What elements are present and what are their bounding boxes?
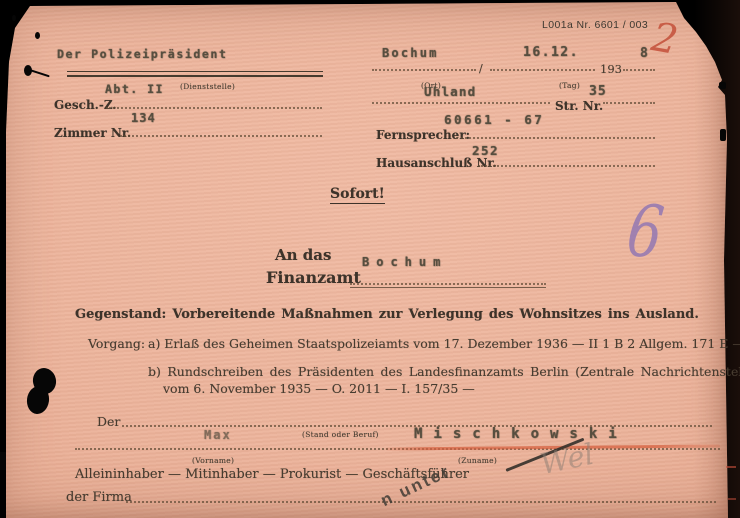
house-label: Hausanschluß Nr.	[376, 156, 497, 170]
recipient-value-typed: Bochum	[362, 255, 447, 269]
occupation-label: (Stand oder Beruf)	[302, 430, 379, 439]
recipient-line-solid	[350, 287, 546, 288]
reference-item-b2: vom 6. November 1935 — O. 2011 — I. 157/…	[163, 381, 475, 396]
file-number-line	[106, 107, 322, 109]
sender-divider-rule	[67, 71, 323, 77]
subject-line: Gegenstand: Vorbereitende Maßnahmen zur …	[75, 307, 699, 322]
reference-label: Vorgang:	[88, 336, 145, 351]
room-number-line	[120, 135, 322, 137]
street-line	[372, 102, 550, 104]
sender-typed: Der Polizeipräsident	[57, 47, 227, 61]
city-line	[372, 69, 476, 71]
paper-speck	[35, 32, 40, 39]
first-name-label: (Vorname)	[192, 456, 234, 465]
file-number-value: 134	[131, 111, 156, 125]
recipient-salutation: An das	[275, 246, 331, 264]
company-label: der Firma	[66, 490, 132, 505]
street-number-typed: 35	[589, 84, 607, 99]
edge-tear	[0, 452, 6, 470]
reference-item-a: a) Erlaß des Geheimen Staatspolizeiamts …	[148, 336, 740, 351]
person-article: Der	[97, 414, 120, 429]
street-number-label: Str. Nr.	[555, 99, 603, 113]
first-name-typed: Max	[204, 428, 232, 442]
department-label: (Dienststelle)	[180, 82, 235, 91]
recipient-line-dotted	[350, 283, 546, 285]
street-number-line	[603, 102, 655, 104]
subject-label: Gegenstand:	[75, 307, 166, 322]
edge-notch	[719, 82, 726, 89]
room-number-label: Zimmer Nr.	[54, 126, 131, 140]
subject-text: Vorbereitende Maßnahmen zur Verlegung de…	[172, 307, 699, 322]
city-typed: Bochum	[382, 46, 439, 60]
phone-label: Fernsprecher:	[376, 128, 470, 142]
year-line	[623, 69, 655, 71]
date-separator: /	[479, 62, 483, 75]
surname-typed: Mischkowski	[414, 426, 628, 442]
street-typed: Uhland	[424, 84, 476, 99]
red-edge-mark	[728, 498, 736, 500]
archive-reference-label: L001a Nr. 6601 / 003	[542, 19, 648, 31]
red-edge-mark	[726, 466, 736, 468]
scanned-document: L001a Nr. 6601 / 003 2 Der Polizeipräsid…	[0, 0, 740, 518]
tag-label: (Tag)	[559, 81, 580, 90]
edge-notch	[720, 129, 726, 141]
surname-label: (Zuname)	[458, 456, 497, 465]
reference-item-b: b) Rundschreiben des Präsidenten des Lan…	[148, 364, 740, 379]
year-printed: 193	[600, 62, 622, 76]
house-line	[478, 165, 655, 167]
phone-line	[456, 137, 655, 139]
year-digit-typed: 8	[640, 46, 648, 61]
recipient-office: Finanzamt	[266, 268, 361, 287]
file-number-label: Gesch.-Z.	[54, 98, 117, 112]
date-typed: 16.12.	[523, 45, 579, 60]
paper-speck	[12, 15, 16, 21]
day-line	[490, 69, 595, 71]
department-value: Abt. II	[105, 82, 164, 96]
phone-value-typed: 60661 - 67	[444, 112, 544, 127]
company-line	[126, 501, 716, 503]
urgency-note: Sofort!	[330, 186, 385, 204]
paper-edge-shading	[694, 0, 740, 518]
